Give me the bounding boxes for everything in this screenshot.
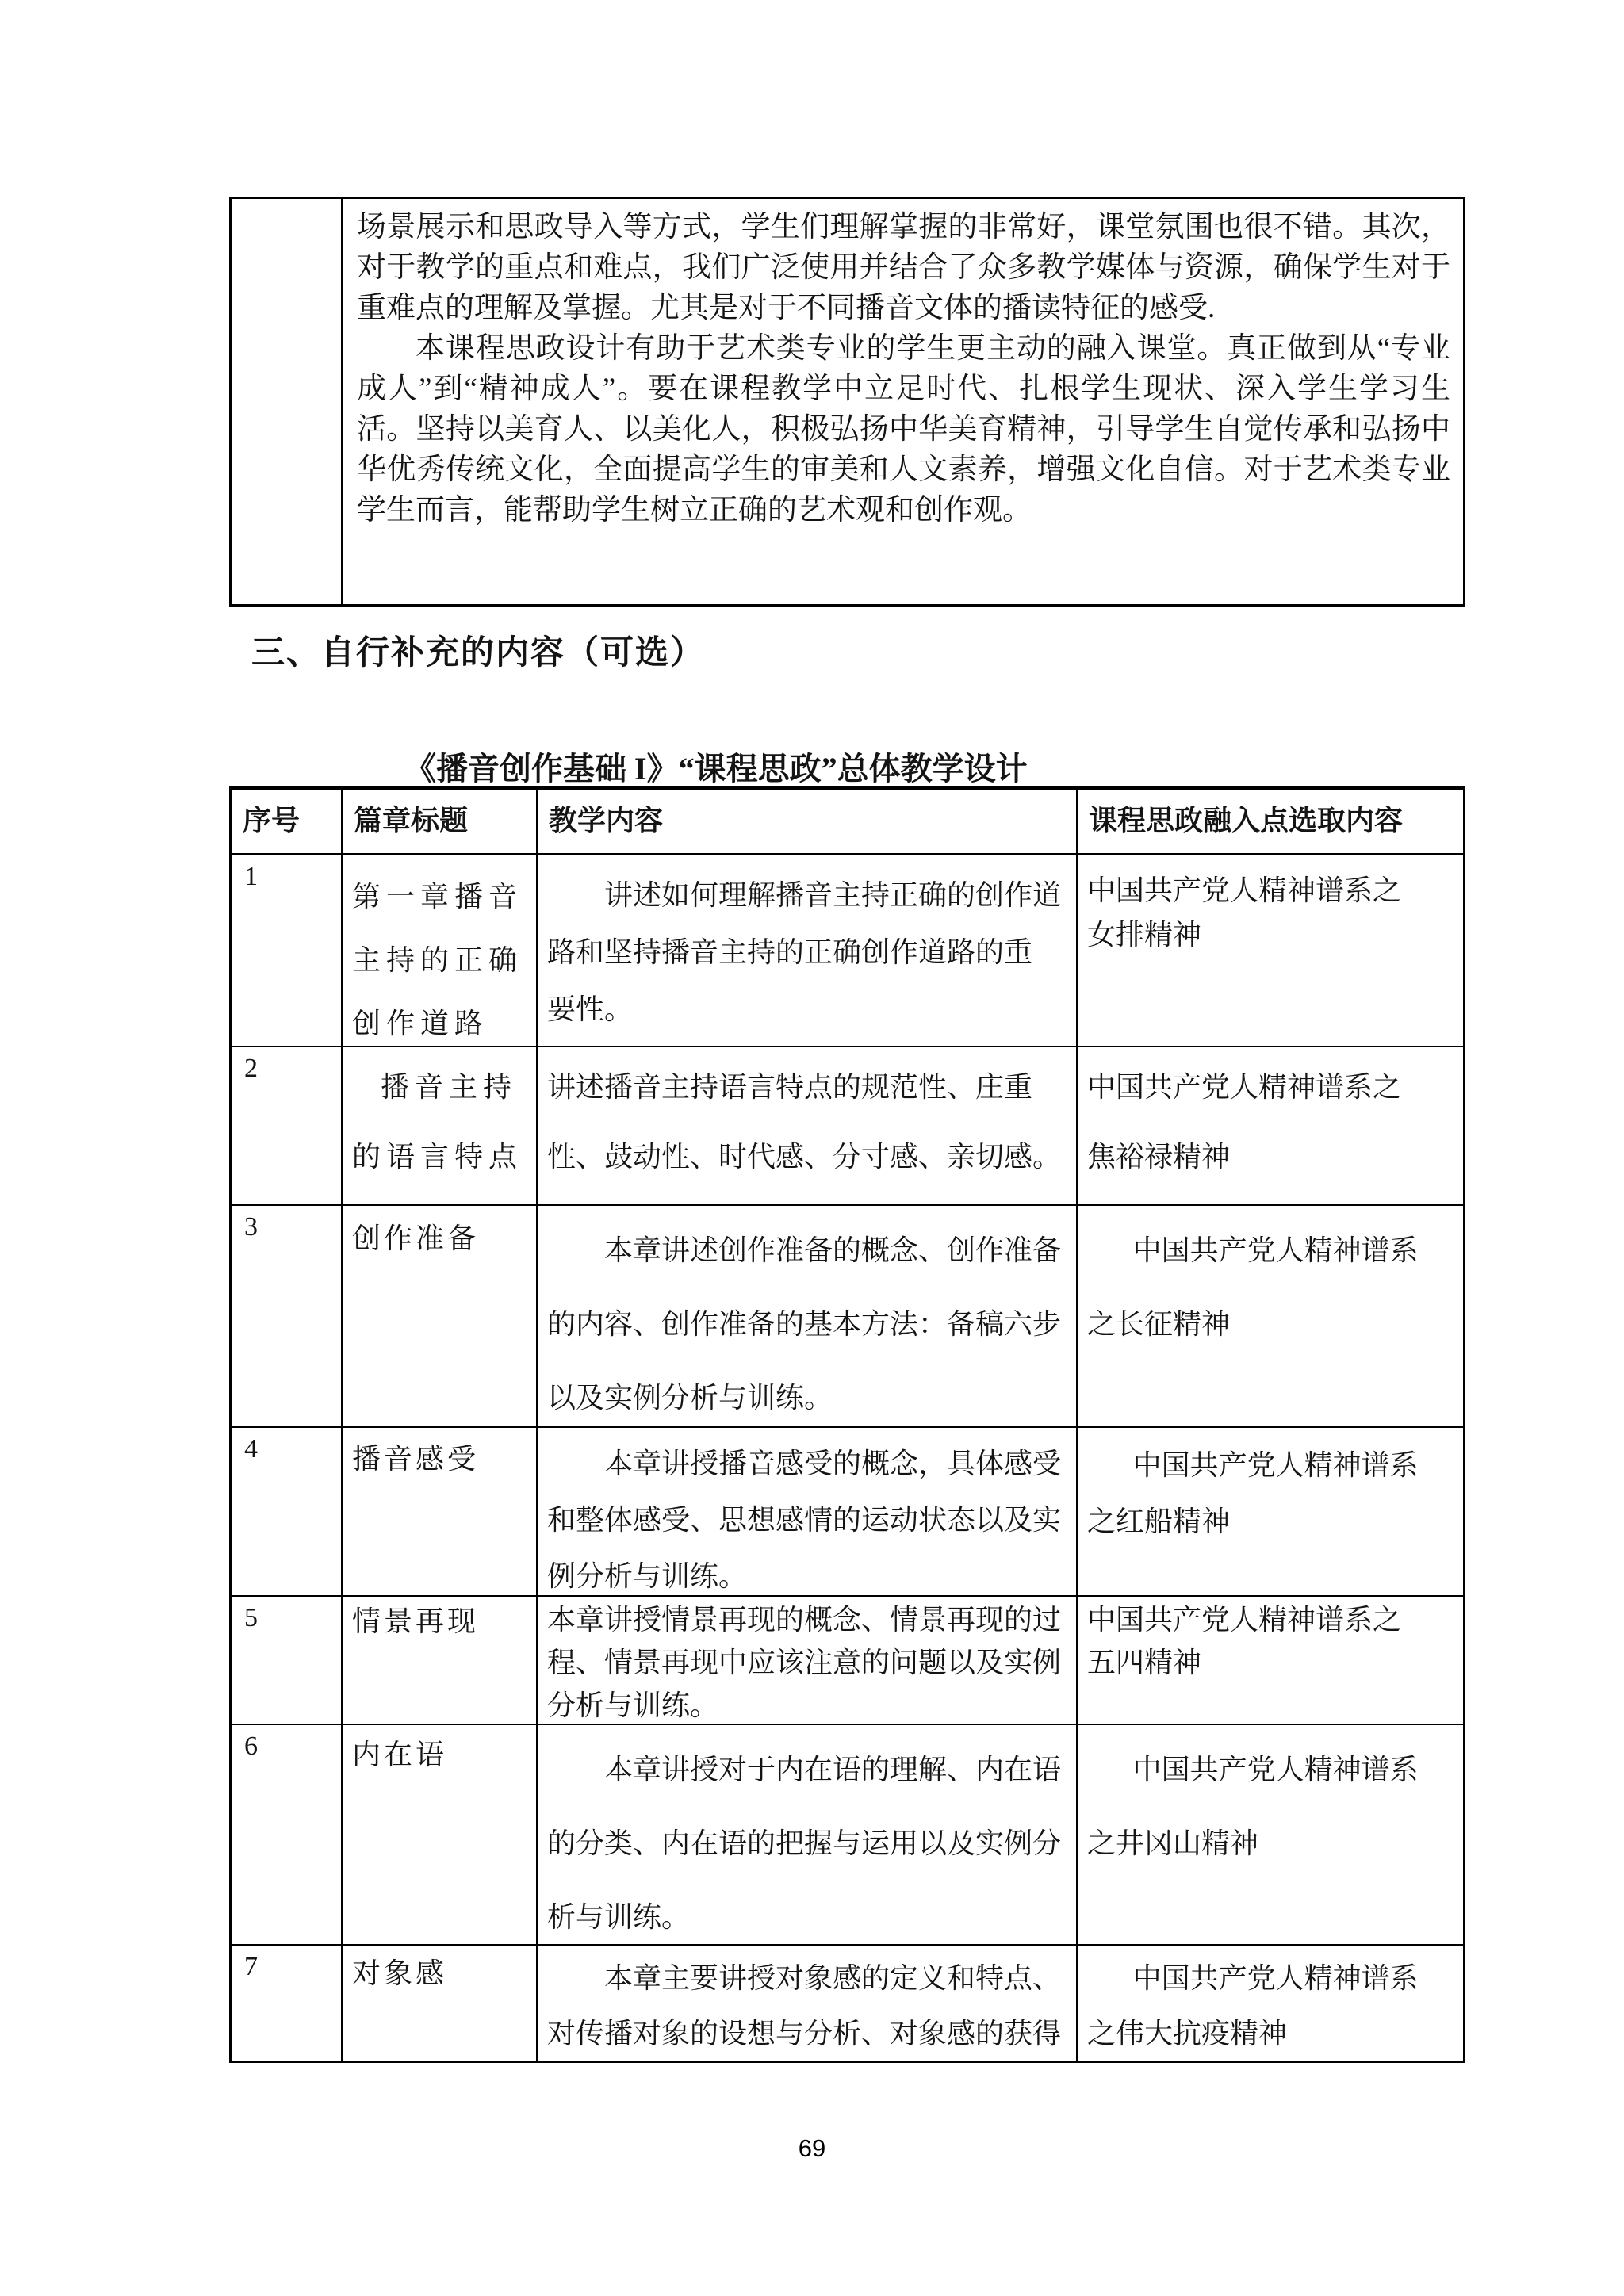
header-serial-number: 序号 [232, 790, 343, 855]
header-ideology-point: 课程思政融入点选取内容 [1078, 790, 1463, 855]
remarks-table-empty-cell [232, 199, 343, 604]
ideology-point-cell: 中国共产党人精神谱系之 五四精神 [1078, 1597, 1463, 1725]
header-teaching-content: 教学内容 [538, 790, 1078, 855]
teaching-content-cell: 本章讲授情景再现的概念、情景再现的过 程、情景再现中应该注意的问题以及实例 分析… [538, 1597, 1078, 1725]
table-row: 2 播音主持 的语言特点 讲述播音主持语言特点的规范性、庄重 性、鼓动性、时代感… [232, 1047, 1463, 1206]
chapter-title-cell: 情景再现 [343, 1597, 538, 1725]
teaching-content-cell: 本章讲授对于内在语的理解、内在语 的分类、内在语的把握与运用以及实例分 析与训练… [538, 1725, 1078, 1946]
ideology-point-cell: 中国共产党人精神谱系 之红船精神 [1078, 1428, 1463, 1597]
chapter-title-cell: 内在语 [343, 1725, 538, 1946]
row-number: 5 [232, 1597, 343, 1725]
chapter-title-cell: 播音感受 [343, 1428, 538, 1597]
teaching-content-cell: 本章讲述创作准备的概念、创作准备 的内容、创作准备的基本方法：备稿六步 以及实例… [538, 1206, 1078, 1428]
ideology-point-cell: 中国共产党人精神谱系之 焦裕禄精神 [1078, 1047, 1463, 1206]
teaching-content-cell: 本章主要讲授对象感的定义和特点、 对传播对象的设想与分析、对象感的获得 [538, 1946, 1078, 2061]
row-number: 7 [232, 1946, 343, 2061]
ideology-point-cell: 中国共产党人精神谱系之 女排精神 [1078, 855, 1463, 1047]
teaching-content-cell: 讲述播音主持语言特点的规范性、庄重 性、鼓动性、时代感、分寸感、亲切感。 [538, 1047, 1078, 1206]
row-number: 6 [232, 1725, 343, 1946]
row-number: 3 [232, 1206, 343, 1428]
row-number: 2 [232, 1047, 343, 1206]
table-header-row: 序号 篇章标题 教学内容 课程思政融入点选取内容 [232, 790, 1463, 855]
remarks-paragraph-2: 本课程思政设计有助于艺术类专业的学生更主动的融入课堂。真正做到从“专业成人”到“… [357, 328, 1450, 530]
chapter-title-cell: 创作准备 [343, 1206, 538, 1428]
ideology-point-cell: 中国共产党人精神谱系 之伟大抗疫精神 [1078, 1946, 1463, 2061]
design-table: 序号 篇章标题 教学内容 课程思政融入点选取内容 1 第一章播音 主持的正确 创… [229, 786, 1465, 2063]
table-row: 7 对象感 本章主要讲授对象感的定义和特点、 对传播对象的设想与分析、对象感的获… [232, 1946, 1463, 2061]
teaching-content-cell: 讲述如何理解播音主持正确的创作道 路和坚持播音主持的正确创作道路的重 要性。 [538, 855, 1078, 1047]
table-row: 4 播音感受 本章讲授播音感受的概念，具体感受 和整体感受、思想感情的运动状态以… [232, 1428, 1463, 1597]
table-title: 《播音创作基础 I》“课程思政”总体教学设计 [404, 744, 1028, 789]
chapter-title-cell: 第一章播音 主持的正确 创作道路 [343, 855, 538, 1047]
ideology-point-cell: 中国共产党人精神谱系 之井冈山精神 [1078, 1725, 1463, 1946]
table-row: 3 创作准备 本章讲述创作准备的概念、创作准备 的内容、创作准备的基本方法：备稿… [232, 1206, 1463, 1428]
row-number: 4 [232, 1428, 343, 1597]
page-number: 69 [0, 2134, 1624, 2163]
table-row: 5 情景再现 本章讲授情景再现的概念、情景再现的过 程、情景再现中应该注意的问题… [232, 1597, 1463, 1725]
row-number: 1 [232, 855, 343, 1047]
chapter-title-cell: 播音主持 的语言特点 [343, 1047, 538, 1206]
remarks-paragraph-1: 场景展示和思政导入等方式，学生们理解掌握的非常好，课堂氛围也很不错。其次，对于教… [357, 207, 1450, 328]
ideology-point-cell: 中国共产党人精神谱系 之长征精神 [1078, 1206, 1463, 1428]
chapter-title-cell: 对象感 [343, 1946, 538, 2061]
table-row: 6 内在语 本章讲授对于内在语的理解、内在语 的分类、内在语的把握与运用以及实例… [232, 1725, 1463, 1946]
section-heading: 三、自行补充的内容（可选） [251, 626, 705, 674]
remarks-table-text-cell: 场景展示和思政导入等方式，学生们理解掌握的非常好，课堂氛围也很不错。其次，对于教… [343, 199, 1463, 604]
remarks-table: 场景展示和思政导入等方式，学生们理解掌握的非常好，课堂氛围也很不错。其次，对于教… [229, 197, 1465, 607]
header-chapter-title: 篇章标题 [343, 790, 538, 855]
teaching-content-cell: 本章讲授播音感受的概念，具体感受 和整体感受、思想感情的运动状态以及实 例分析与… [538, 1428, 1078, 1597]
table-row: 1 第一章播音 主持的正确 创作道路 讲述如何理解播音主持正确的创作道 路和坚持… [232, 855, 1463, 1047]
document-page: 场景展示和思政导入等方式，学生们理解掌握的非常好，课堂氛围也很不错。其次，对于教… [0, 0, 1624, 2296]
